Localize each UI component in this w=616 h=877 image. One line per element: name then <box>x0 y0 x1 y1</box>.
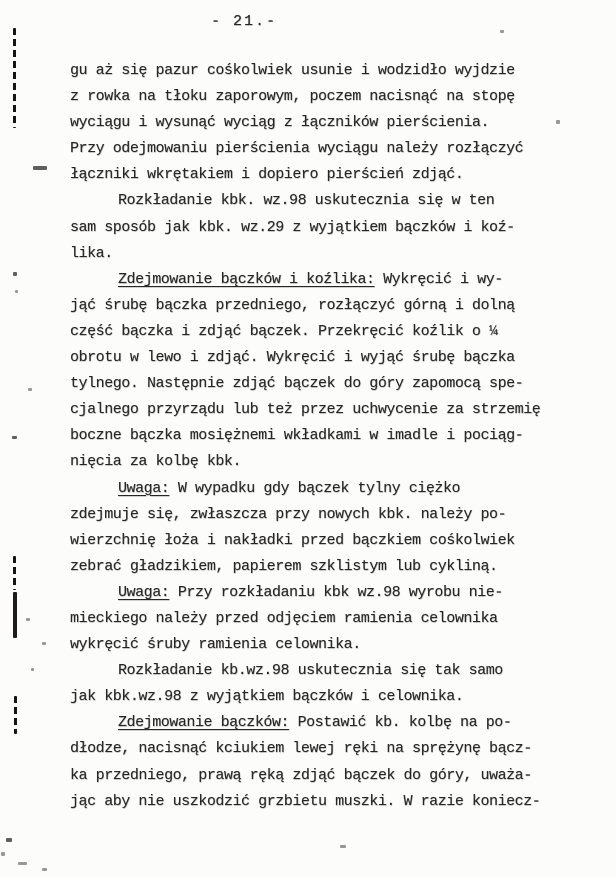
text-segment: Przy rozkładaniu kbk wz.98 wyrobu nie- <box>169 584 503 601</box>
underlined-heading: Zdejmowanie bączków i koźlika: <box>118 271 375 288</box>
text-line: część bączka i zdjąć bączek. Przekręcić … <box>70 319 562 345</box>
text-line: Uwaga: Przy rozkładaniu kbk wz.98 wyrobu… <box>70 580 562 606</box>
text-segment: jąć śrubę bączka przedniego, rozłączyć g… <box>70 297 515 314</box>
scan-artifact <box>42 868 47 871</box>
text-segment: jak kbk.wz.98 z wyjątkiem bączków i celo… <box>70 688 463 705</box>
text-line: jąc aby nie uszkodzić grzbietu muszki. W… <box>70 789 562 815</box>
text-line: boczne bączka mosiężnemi wkładkami w ima… <box>70 423 562 449</box>
text-segment: wyciągu i wysunąć wyciąg z łączników pie… <box>70 114 489 131</box>
scan-artifact <box>26 618 30 621</box>
underlined-heading: Zdejmowanie bączków: <box>118 714 289 731</box>
text-line: jak kbk.wz.98 z wyjątkiem bączków i celo… <box>70 684 562 710</box>
underlined-heading: Uwaga: <box>118 584 169 601</box>
scanned-document-page: - 21.- gu aż się pazur cośkolwiek usunie… <box>0 0 616 877</box>
text-segment: W wypadku gdy bączek tylny ciężko <box>169 480 460 497</box>
text-segment: Postawić kb. kolbę na po- <box>289 714 511 731</box>
text-line: Rozkładanie kbk. wz.98 uskutecznia się w… <box>70 188 562 214</box>
scan-artifact <box>340 845 346 848</box>
text-segment: sam sposób jak kbk. wz.29 z wyjątkiem bą… <box>70 219 515 236</box>
text-line: z rowka na tłoku zaporowym, poczem nacis… <box>70 84 562 110</box>
text-line: gu aż się pazur cośkolwiek usunie i wodz… <box>70 58 562 84</box>
text-line: jąć śrubę bączka przedniego, rozłączyć g… <box>70 293 562 319</box>
underlined-heading: Uwaga: <box>118 480 169 497</box>
text-line: wierzchnię łoża i nakładki przed bączkie… <box>70 528 562 554</box>
scan-artifact <box>13 556 16 590</box>
text-segment: Wykręcić i wy- <box>375 271 503 288</box>
text-line: sam sposób jak kbk. wz.29 z wyjątkiem bą… <box>70 215 562 241</box>
text-line: Uwaga: W wypadku gdy bączek tylny ciężko <box>70 476 562 502</box>
text-segment: gu aż się pazur cośkolwiek usunie i wodz… <box>70 62 515 79</box>
text-segment: Rozkładanie kbk. wz.98 uskutecznia się w… <box>118 192 494 209</box>
scan-artifact <box>6 838 12 842</box>
text-segment: dłodze, nacisnąć kciukiem lewej ręki na … <box>70 740 532 757</box>
text-segment: zebrać gładzikiem, papierem szklistym lu… <box>70 558 498 575</box>
scan-artifact <box>12 436 17 439</box>
text-segment: nięcia za kolbę kbk. <box>70 453 241 470</box>
text-segment: wierzchnię łoża i nakładki przed bączkie… <box>70 532 515 549</box>
text-line: wyciągu i wysunąć wyciąg z łączników pie… <box>70 110 562 136</box>
text-line: łączniki wkrętakiem i dopiero pierścień … <box>70 162 562 188</box>
text-segment: z rowka na tłoku zaporowym, poczem nacis… <box>70 88 515 105</box>
text-segment: zdejmuje się, zwłaszcza przy nowych kbk.… <box>70 506 506 523</box>
text-line: lika. <box>70 241 562 267</box>
text-line: dłodze, nacisnąć kciukiem lewej ręki na … <box>70 736 562 762</box>
scan-artifact <box>500 30 504 33</box>
scan-artifact <box>18 862 27 865</box>
scan-artifact <box>13 272 17 276</box>
text-segment: łączniki wkrętakiem i dopiero pierścień … <box>70 166 463 183</box>
scan-artifact <box>15 290 18 293</box>
text-segment: boczne bączka mosiężnemi wkładkami w ima… <box>70 427 523 444</box>
text-line: ka przedniego, prawą ręką zdjąć bączek d… <box>70 763 562 789</box>
text-segment: cjalnego przyrządu lub też przez uchwyce… <box>70 401 540 418</box>
text-line: Przy odejmowaniu pierścienia wyciągu nal… <box>70 136 562 162</box>
text-segment: obrotu w lewo i zdjąć. Wykręcić i wyjąć … <box>70 349 515 366</box>
text-segment: lika. <box>70 245 113 262</box>
text-segment: mieckiego należy przed odjęciem ramienia… <box>70 610 498 627</box>
scan-artifact <box>13 28 16 128</box>
scan-artifact <box>556 120 560 124</box>
text-segment: ka przedniego, prawą ręką zdjąć bączek d… <box>70 767 532 784</box>
text-line: cjalnego przyrządu lub też przez uchwyce… <box>70 397 562 423</box>
text-line: nięcia za kolbę kbk. <box>70 449 562 475</box>
text-body: gu aż się pazur cośkolwiek usunie i wodz… <box>70 58 562 815</box>
text-segment: tylnego. Następnie zdjąć bączek do góry … <box>70 375 523 392</box>
text-line: obrotu w lewo i zdjąć. Wykręcić i wyjąć … <box>70 345 562 371</box>
text-line: Zdejmowanie bączków i koźlika: Wykręcić … <box>70 267 562 293</box>
scan-artifact <box>13 592 17 638</box>
text-line: zebrać gładzikiem, papierem szklistym lu… <box>70 554 562 580</box>
text-line: mieckiego należy przed odjęciem ramienia… <box>70 606 562 632</box>
scan-artifact <box>1 852 5 856</box>
text-line: wykręcić śruby ramienia celownika. <box>70 632 562 658</box>
text-segment: Rozkładanie kb.wz.98 uskutecznia się tak… <box>118 662 503 679</box>
text-line: Rozkładanie kb.wz.98 uskutecznia się tak… <box>70 658 562 684</box>
text-segment: część bączka i zdjąć bączek. Przekręcić … <box>70 323 498 340</box>
scan-artifact <box>28 388 32 391</box>
page-number: - 21.- <box>211 13 277 30</box>
scan-artifact <box>33 166 47 170</box>
scan-artifact <box>31 668 34 671</box>
scan-artifact <box>42 642 46 645</box>
text-segment: Przy odejmowaniu pierścienia wyciągu nal… <box>70 140 523 157</box>
text-line: zdejmuje się, zwłaszcza przy nowych kbk.… <box>70 502 562 528</box>
text-segment: wykręcić śruby ramienia celownika. <box>70 636 361 653</box>
text-segment: jąc aby nie uszkodzić grzbietu muszki. W… <box>70 793 540 810</box>
text-line: Zdejmowanie bączków: Postawić kb. kolbę … <box>70 710 562 736</box>
scan-artifact <box>14 696 17 734</box>
text-line: tylnego. Następnie zdjąć bączek do góry … <box>70 371 562 397</box>
